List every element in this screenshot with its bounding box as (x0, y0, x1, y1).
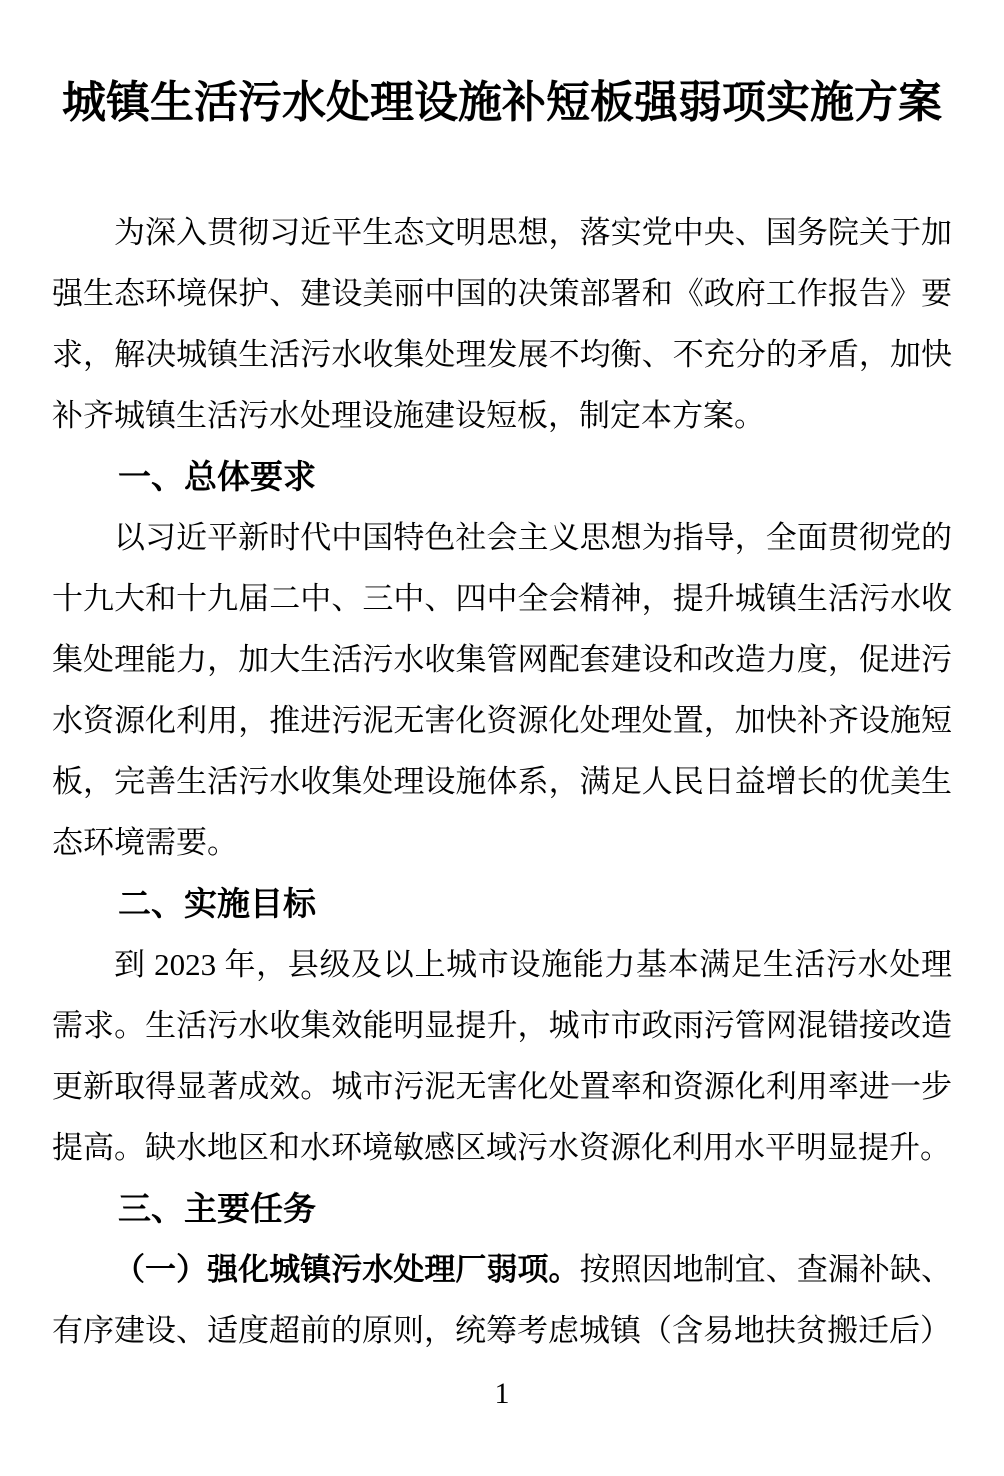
section-overall-requirements-paragraph: 以习近平新时代中国特色社会主义思想为指导，全面贯彻党的十九大和十九届二中、三中、… (52, 507, 952, 873)
section-heading-overall-requirements: 一、总体要求 (52, 446, 952, 507)
document-title: 城镇生活污水处理设施补短板强弱项实施方案 (52, 75, 952, 130)
section-implementation-goals-paragraph: 到 2023 年，县级及以上城市设施能力基本满足生活污水处理需求。生活污水收集效… (52, 934, 952, 1178)
page-number: 1 (0, 1372, 1004, 1416)
document-body: 为深入贯彻习近平生态文明思想，落实党中央、国务院关于加强生态环境保护、建设美丽中… (52, 202, 952, 1361)
section-heading-main-tasks: 三、主要任务 (52, 1178, 952, 1239)
section-heading-implementation-goals: 二、实施目标 (52, 873, 952, 934)
document-page: 城镇生活污水处理设施补短板强弱项实施方案 为深入贯彻习近平生态文明思想，落实党中… (0, 0, 1004, 1476)
task-item-1-lead: （一）强化城镇污水处理厂弱项。 (114, 1252, 580, 1287)
section-main-tasks-item-1: （一）强化城镇污水处理厂弱项。按照因地制宜、查漏补缺、有序建设、适度超前的原则，… (52, 1239, 952, 1361)
intro-paragraph: 为深入贯彻习近平生态文明思想，落实党中央、国务院关于加强生态环境保护、建设美丽中… (52, 202, 952, 446)
